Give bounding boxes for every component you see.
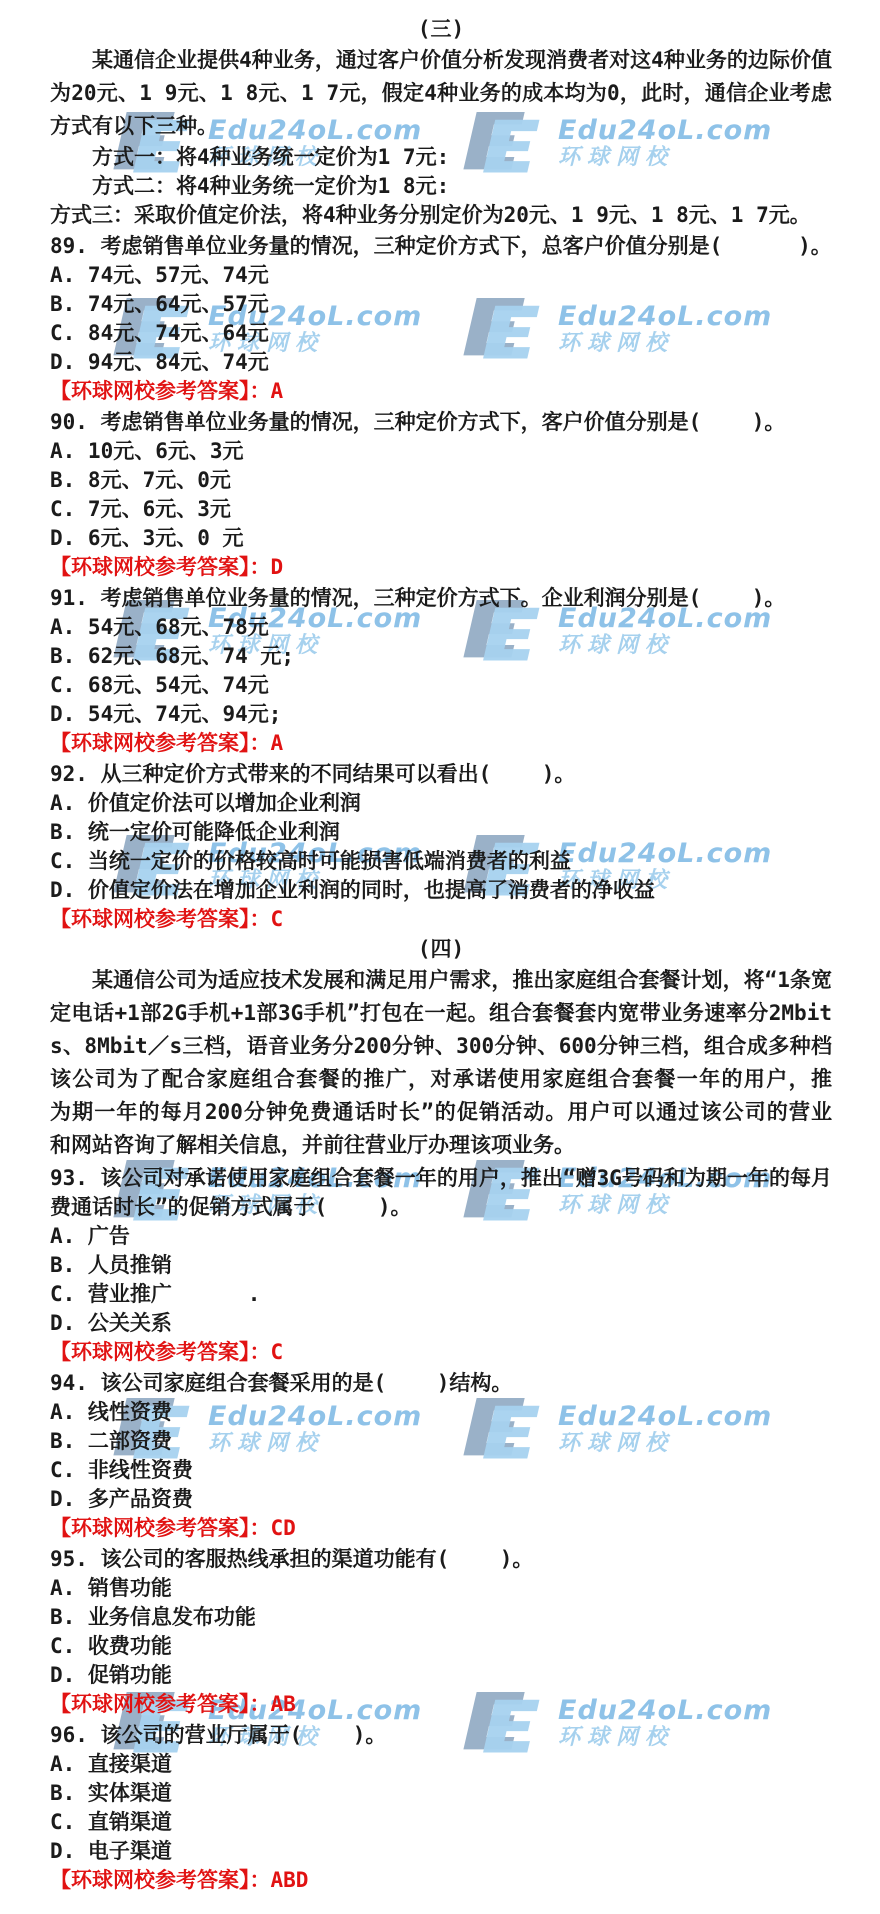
option-line: A. 价值定价法可以增加企业利润: [50, 789, 832, 818]
option-line: D. 6元、3元、0 元: [50, 524, 832, 553]
option-line: B. 74元、64元、57元: [50, 290, 832, 319]
option-line: C. 7元、6元、3元: [50, 495, 832, 524]
question-block: 96. 该公司的营业厅属于( )。 A. 直接渠道 B. 实体渠道 C. 直销渠…: [50, 1721, 832, 1895]
paragraph-line: 该公司为了配合家庭组合套餐的推广，对承诺使用家庭组合套餐一年的用户，推出“赠3G…: [50, 1063, 832, 1096]
paragraph-line: 某通信企业提供4种业务，通过客户价值分析发现消费者对这4种业务的边际价值估价分别: [50, 44, 832, 77]
method-line: 方式三：采取价值定价法，将4种业务分别定价为20元、1 9元、1 8元、1 7元…: [50, 201, 832, 230]
option-line: A. 10元、6元、3元: [50, 437, 832, 466]
option-line: B. 8元、7元、0元: [50, 466, 832, 495]
option-line: C. 直销渠道: [50, 1808, 832, 1837]
paragraph-line: 为期一年的每月200分钟免费通话时长”的促销活动。用户可以通过该公司的营业厅、客…: [50, 1096, 832, 1129]
question-stem: 95. 该公司的客服热线承担的渠道功能有( )。: [50, 1545, 832, 1574]
question-block: 89. 考虑销售单位业务量的情况，三种定价方式下，总客户价值分别是( )。 A.…: [50, 232, 832, 406]
option-line: D. 54元、74元、94元;: [50, 700, 832, 729]
option-line: A. 74元、57元、74元: [50, 261, 832, 290]
option-line: B. 实体渠道: [50, 1779, 832, 1808]
paragraph-line: 某通信公司为适应技术发展和满足用户需求，推出家庭组合套餐计划，将“1条宽带+1部…: [50, 964, 832, 997]
question-stem: 91. 考虑销售单位业务量的情况，三种定价方式下。企业利润分别是( )。: [50, 584, 832, 613]
option-line: D. 促销功能: [50, 1661, 832, 1690]
option-line: D. 电子渠道: [50, 1837, 832, 1866]
option-line: B. 二部资费: [50, 1427, 832, 1456]
section-title: (四): [50, 934, 832, 964]
question-stem: 89. 考虑销售单位业务量的情况，三种定价方式下，总客户价值分别是( )。: [50, 232, 832, 261]
section: (四) 某通信公司为适应技术发展和满足用户需求，推出家庭组合套餐计划，将“1条宽…: [50, 934, 832, 1895]
answer-line: 【环球网校参考答案】：ABD: [50, 1866, 832, 1895]
question-stem: 92. 从三种定价方式带来的不同结果可以看出( )。: [50, 760, 832, 789]
option-line: C. 营业推广 .: [50, 1280, 832, 1309]
option-line: D. 价值定价法在增加企业利润的同时，也提高了消费者的净收益: [50, 876, 832, 905]
option-line: B. 62元、68元、74 元;: [50, 642, 832, 671]
option-line: C. 收费功能: [50, 1632, 832, 1661]
answer-line: 【环球网校参考答案】：A: [50, 729, 832, 758]
exam-document: (三) 某通信企业提供4种业务，通过客户价值分析发现消费者对这4种业务的边际价值…: [0, 0, 880, 1895]
option-line: A. 广告: [50, 1222, 832, 1251]
option-line: D. 94元、84元、74元: [50, 348, 832, 377]
section-title: (三): [50, 14, 832, 44]
question-stem: 94. 该公司家庭组合套餐采用的是( )结构。: [50, 1369, 832, 1398]
answer-line: 【环球网校参考答案】：C: [50, 1338, 832, 1367]
option-line: B. 人员推销: [50, 1251, 832, 1280]
method-line: 方式二：将4种业务统一定价为1 8元:: [50, 172, 832, 201]
option-line: A. 线性资费: [50, 1398, 832, 1427]
question-stem: 96. 该公司的营业厅属于( )。: [50, 1721, 832, 1750]
option-line: A. 直接渠道: [50, 1750, 832, 1779]
question-block: 95. 该公司的客服热线承担的渠道功能有( )。 A. 销售功能 B. 业务信息…: [50, 1545, 832, 1719]
option-line: A. 54元、68元、78元: [50, 613, 832, 642]
option-line: C. 84元、74元、64元: [50, 319, 832, 348]
paragraph-line: 定电话+1部2G手机+1部3G手机”打包在一起。组合套餐套内宽带业务速率分2Mb…: [50, 997, 832, 1030]
option-line: C. 当统一定价的价格较高时可能损害低端消费者的利益: [50, 847, 832, 876]
question-block: 94. 该公司家庭组合套餐采用的是( )结构。 A. 线性资费 B. 二部资费 …: [50, 1369, 832, 1543]
option-line: C. 68元、54元、74元: [50, 671, 832, 700]
answer-line: 【环球网校参考答案】：A: [50, 377, 832, 406]
method-line: 方式一：将4种业务统一定价为1 7元:: [50, 143, 832, 172]
option-line: B. 业务信息发布功能: [50, 1603, 832, 1632]
answer-line: 【环球网校参考答案】：C: [50, 905, 832, 934]
option-line: D. 多产品资费: [50, 1485, 832, 1514]
question-block: 93. 该公司对承诺使用家庭组合套餐一年的用户，推出“赠3G号码和为期一年的每月…: [50, 1164, 832, 1367]
question-block: 90. 考虑销售单位业务量的情况，三种定价方式下，客户价值分别是( )。 A. …: [50, 408, 832, 582]
answer-line: 【环球网校参考答案】：CD: [50, 1514, 832, 1543]
question-stem: 费通话时长”的促销方式属于( )。: [50, 1193, 832, 1222]
paragraph-line: s、8Mbit／s三档，语音业务分200分钟、300分钟、600分钟三档，组合成…: [50, 1030, 832, 1063]
question-block: 91. 考虑销售单位业务量的情况，三种定价方式下。企业利润分别是( )。 A. …: [50, 584, 832, 758]
answer-line: 【环球网校参考答案】：AB: [50, 1690, 832, 1719]
question-block: 92. 从三种定价方式带来的不同结果可以看出( )。 A. 价值定价法可以增加企…: [50, 760, 832, 934]
section: (三) 某通信企业提供4种业务，通过客户价值分析发现消费者对这4种业务的边际价值…: [50, 14, 832, 934]
option-line: B. 统一定价可能降低企业利润: [50, 818, 832, 847]
question-stem: 90. 考虑销售单位业务量的情况，三种定价方式下，客户价值分别是( )。: [50, 408, 832, 437]
question-stem: 93. 该公司对承诺使用家庭组合套餐一年的用户，推出“赠3G号码和为期一年的每月…: [50, 1164, 832, 1193]
answer-line: 【环球网校参考答案】：D: [50, 553, 832, 582]
option-line: D. 公关关系: [50, 1309, 832, 1338]
paragraph-line: 方式有以下三种。: [50, 110, 832, 143]
option-line: A. 销售功能: [50, 1574, 832, 1603]
paragraph-line: 和网站咨询了解相关信息，并前往营业厅办理该项业务。: [50, 1129, 832, 1162]
paragraph-line: 为20元、1 9元、1 8元、1 7元，假定4种业务的成本均为0，此时，通信企业…: [50, 77, 832, 110]
option-line: C. 非线性资费: [50, 1456, 832, 1485]
